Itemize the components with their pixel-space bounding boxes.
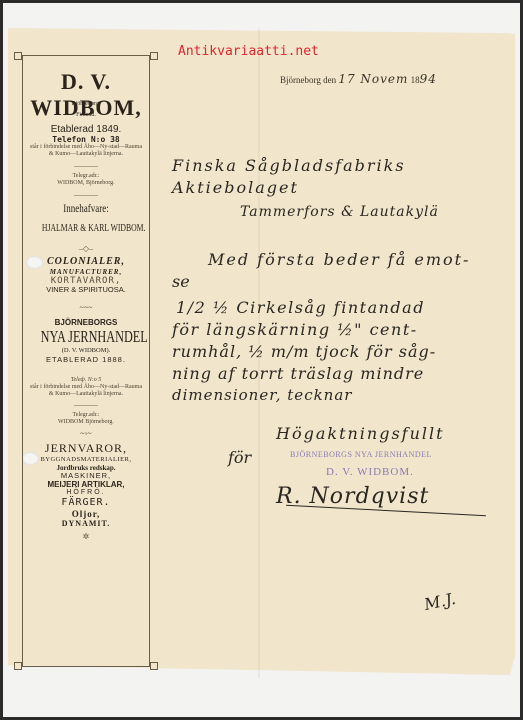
goods-byggnadsmaterialier: BYGGNADSMATERIALIER,	[23, 456, 149, 463]
recipient-line-2: Aktiebolaget	[172, 178, 299, 197]
corner-ornament-icon	[14, 662, 22, 670]
stamp-line-2: D. V. WIDBOM.	[326, 466, 414, 478]
flourish-ornament-icon: ✲	[23, 532, 149, 541]
corner-ornament-icon	[14, 52, 22, 60]
owners-names: HJALMAR & KARL WIDBOM.	[42, 222, 130, 235]
goods-viner: VINER & SPIRITUOSA.	[23, 286, 149, 295]
corner-ornament-icon	[150, 52, 158, 60]
handwritten-date: 17 Novem	[338, 72, 408, 86]
stamp-line-1: BJÖRNEBORGS NYA JERNHANDEL	[290, 450, 432, 459]
body-line-7: dimensioner, tecknar	[172, 386, 352, 404]
goods-meijeri: MEIJERI ARTIKLAR,	[23, 480, 149, 489]
recipient-line-1: Finska Sågbladsfabriks	[172, 156, 406, 175]
divider-ornament-icon: ~◦~	[23, 429, 149, 438]
second-phone-note: står i förbindelse med Åbo—Ny-stad—Rauma…	[23, 384, 149, 398]
body-line-3: 1/2 ½ Cirkelsåg fintandad	[176, 298, 425, 317]
body-line-1: Med första beder få emot-	[208, 250, 470, 269]
letterhead-column: D. V. WIDBOM, Björneborg. Finland. Etabl…	[22, 55, 150, 667]
divider-ornament-icon: ———	[23, 190, 149, 199]
goods-maskiner: MASKINER,	[23, 472, 149, 481]
goods-manufacturer: MANUFACTURER,	[23, 268, 149, 276]
body-line-6: ning af torrt träslag mindre	[172, 364, 424, 383]
telegram-label: Telegr.adr.:	[23, 173, 149, 180]
owners-label: Innehafvare:	[39, 202, 134, 216]
watermark: Antikvariaatti.net	[178, 44, 319, 59]
handwritten-year: 94	[420, 72, 437, 86]
divider-ornament-icon: ———	[23, 400, 149, 409]
corner-ornament-icon	[150, 662, 158, 670]
established-year: Etablerad 1849.	[23, 124, 149, 136]
divider-ornament-icon: –◇–	[23, 244, 149, 253]
second-telephone: Teleф. N:o 5	[23, 377, 149, 384]
second-firm-prefix: BJÖRNEBORGS	[23, 318, 149, 327]
closing-line-2: för	[228, 448, 251, 467]
body-line-2: se	[172, 272, 190, 291]
second-firm-name: NYA JERNHANDEL	[41, 327, 132, 347]
phone-note: står i förbindelse med Åbo—Ny-stad—Rauma…	[23, 144, 149, 158]
second-telegram-address: WIDBOM Björneborg.	[23, 419, 149, 426]
second-firm-sub: (D. V. WIDBOM).	[23, 347, 149, 354]
telegram-address: WIDBOM, Björneborg.	[23, 180, 149, 187]
closing-line-1: Högaktningsfullt	[276, 424, 445, 443]
second-telegram-label: Telegr.adr.:	[23, 412, 149, 419]
printed-year-prefix: 18	[411, 75, 420, 85]
goods-farger: FÄRGER.	[23, 497, 149, 509]
recipient-place: Tammerfors & Lautakylä	[240, 204, 439, 220]
body-line-4: för längskärning ½" cent-	[172, 320, 418, 339]
goods-dynamit: DYNAMIT.	[23, 519, 149, 528]
goods-oljor: Oljor,	[23, 509, 149, 519]
goods-jernvaror: JERNVAROR,	[23, 442, 149, 456]
printed-place: Björneborg den	[280, 75, 336, 85]
firm-name: D. V. WIDBOM,	[23, 69, 149, 101]
divider-ornament-icon: ———	[23, 161, 149, 170]
second-established: ETABLERAD 1888.	[23, 356, 149, 365]
date-line: Björneborg den 17 Novem 1894	[280, 72, 437, 86]
divider-ornament-icon: ~~~	[23, 303, 149, 312]
goods-colonialer: COLONIALER,	[23, 256, 149, 268]
body-line-5: rumhål, ½ m/m tjock för såg-	[172, 342, 436, 361]
